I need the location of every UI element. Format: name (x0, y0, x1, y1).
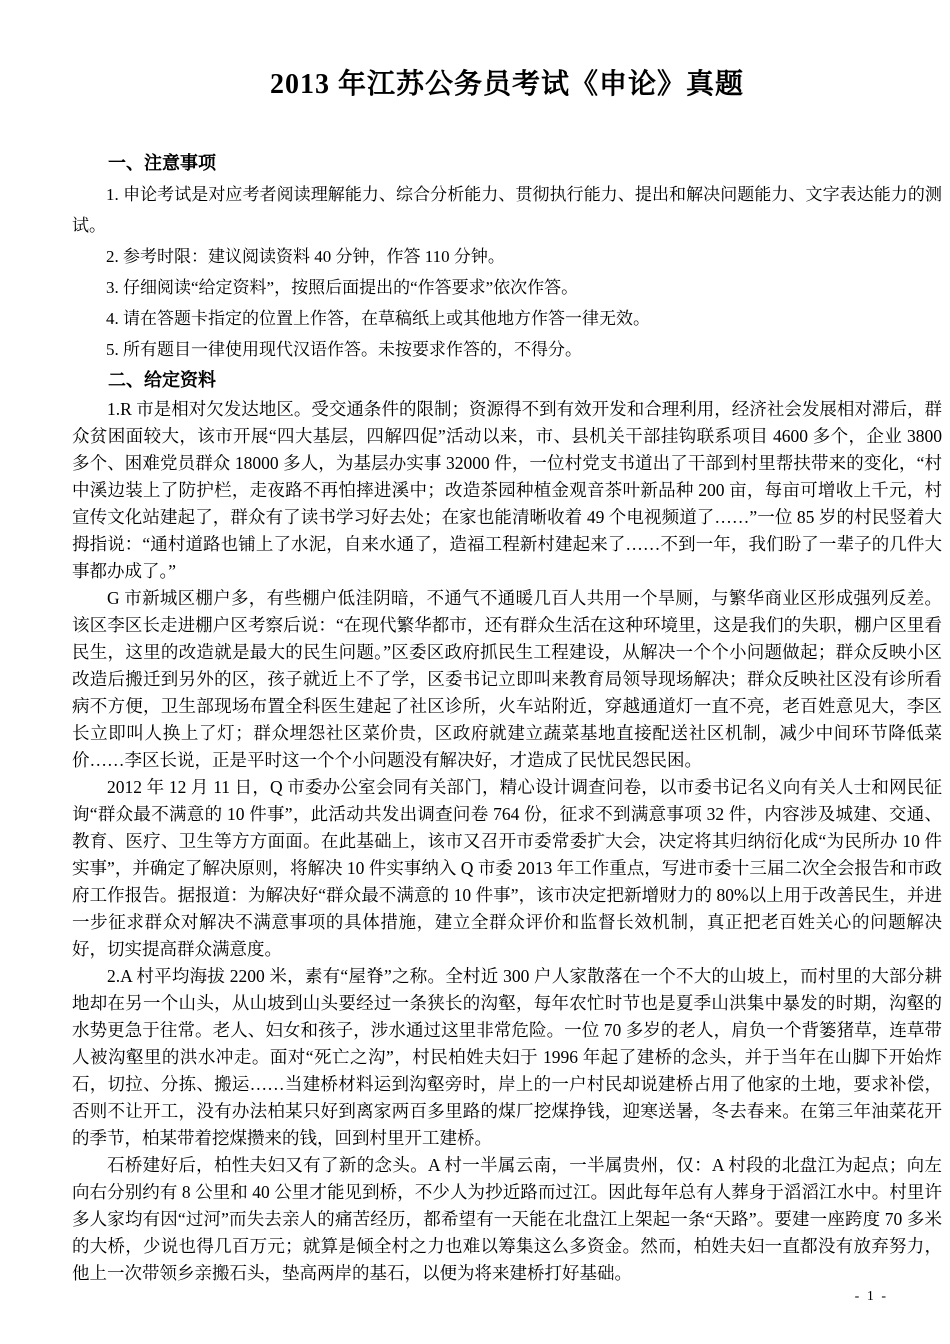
notice-item-5: 5. 所有题目一律使用现代汉语作答。未按要求作答的，不得分。 (72, 334, 942, 365)
material-paragraph-1: 1.R 市是相对欠发达地区。受交通条件的限制；资源得不到有效开发和合理利用，经济… (72, 396, 942, 585)
section-materials: 二、给定资料 1.R 市是相对欠发达地区。受交通条件的限制；资源得不到有效开发和… (72, 365, 942, 1287)
page-title: 2013 年江苏公务员考试《申论》真题 (72, 66, 942, 104)
page-number: - 1 - (855, 1288, 888, 1306)
material-paragraph-2: G 市新城区棚户多，有些棚户低洼阴暗，不通气不通暖几百人共用一个旱厕，与繁华商业… (72, 585, 942, 774)
notice-item-1: 1. 申论考试是对应考者阅读理解能力、综合分析能力、贯彻执行能力、提出和解决问题… (72, 179, 942, 241)
section-heading-notices: 一、注意事项 (72, 148, 942, 179)
material-paragraph-4: 2.A 村平均海拔 2200 米，素有“屋脊”之称。全村近 300 户人家散落在… (72, 963, 942, 1152)
notice-item-2: 2. 参考时限：建议阅读资料 40 分钟，作答 110 分钟。 (72, 241, 942, 272)
notice-item-3: 3. 仔细阅读“给定资料”，按照后面提出的“作答要求”依次作答。 (72, 272, 942, 303)
notice-item-4: 4. 请在答题卡指定的位置上作答，在草稿纸上或其他地方作答一律无效。 (72, 303, 942, 334)
material-paragraph-3: 2012 年 12 月 11 日，Q 市委办公室会同有关部门，精心设计调查问卷，… (72, 774, 942, 963)
section-heading-materials: 二、给定资料 (72, 365, 942, 396)
material-paragraph-5: 石桥建好后，柏性夫妇又有了新的念头。A 村一半属云南，一半属贵州，仅：A 村段的… (72, 1152, 942, 1287)
section-notices: 一、注意事项 1. 申论考试是对应考者阅读理解能力、综合分析能力、贯彻执行能力、… (72, 148, 942, 365)
document-page: 2013 年江苏公务员考试《申论》真题 一、注意事项 1. 申论考试是对应考者阅… (0, 0, 950, 1344)
